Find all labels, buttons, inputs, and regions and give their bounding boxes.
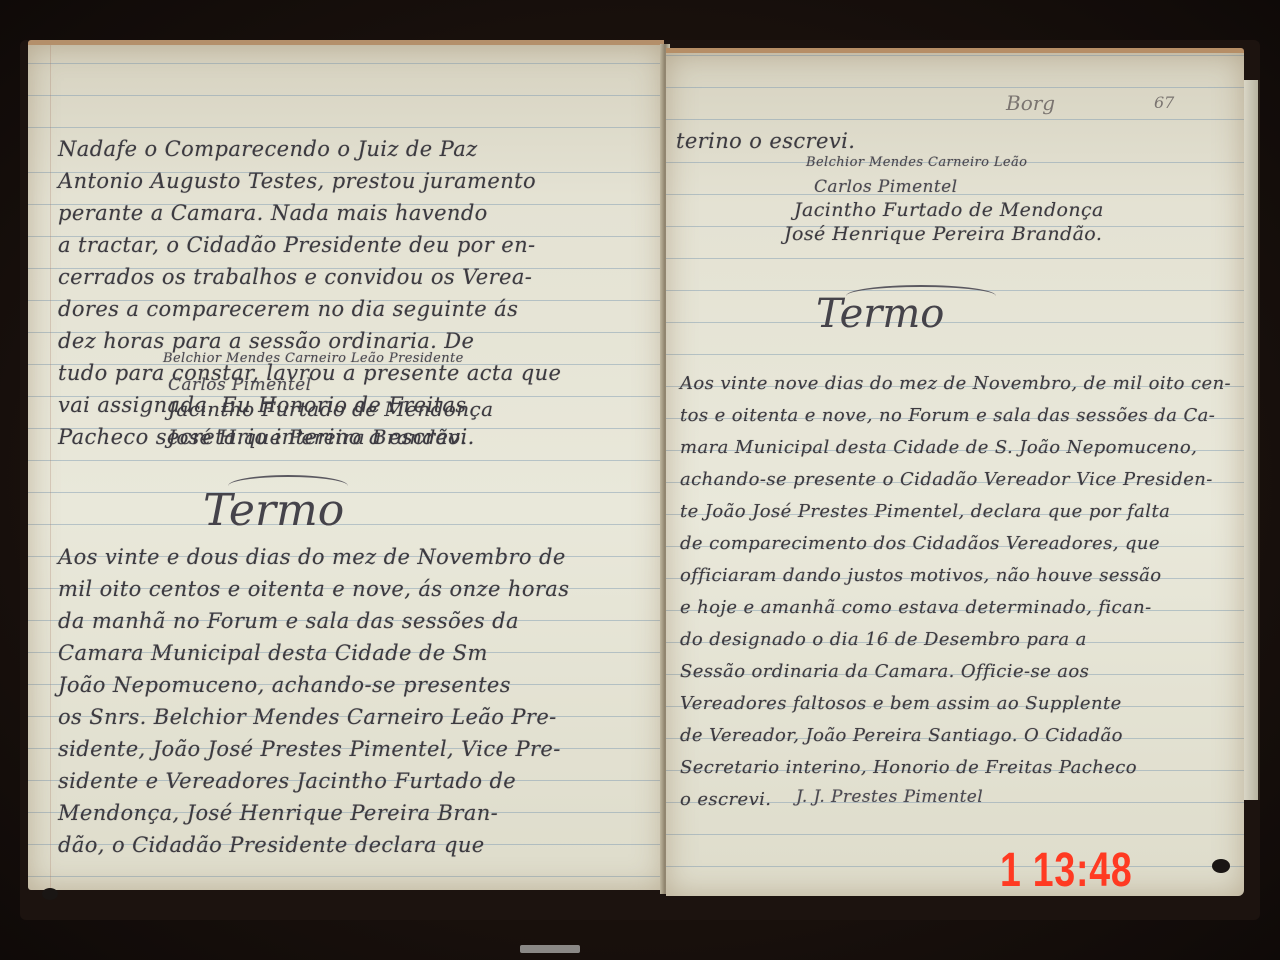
handwritten-line: João Nepomuceno, achando-se presentes: [58, 673, 511, 697]
signature: Jacintho Furtado de Mendonça: [168, 397, 493, 421]
handwritten-line: te João José Prestes Pimentel, declara q…: [680, 501, 1170, 522]
signature: José Henrique Pereira Brandão.: [784, 223, 1102, 245]
signature: Carlos Pimentel: [168, 375, 311, 395]
signature-president: Belchior Mendes Carneiro Leão: [806, 155, 1027, 170]
handwritten-line: Antonio Augusto Testes, prestou jurament…: [58, 169, 536, 193]
handwritten-line: Mendonça, José Henrique Pereira Bran-: [58, 801, 498, 825]
handwritten-line: Camara Municipal desta Cidade de Sm: [58, 641, 488, 665]
signature-president: Belchior Mendes Carneiro Leão Presidente: [163, 351, 464, 366]
handwritten-line: dez horas para a sessão ordinaria. De: [58, 329, 474, 353]
handwritten-line: Nadafe o Comparecendo o Juiz de Paz: [58, 137, 478, 161]
handwritten-line: cerrados os trabalhos e convidou os Vere…: [58, 265, 532, 289]
handwritten-line: tos e oitenta e nove, no Forum e sala da…: [680, 405, 1215, 426]
handwritten-line: e hoje e amanhã como estava determinado,…: [680, 597, 1152, 618]
ink-stain: [42, 888, 58, 900]
handwritten-line: Secretario interino, Honorio de Freitas …: [680, 757, 1137, 778]
page-number: 67: [1154, 93, 1174, 112]
section-title: Termo: [203, 485, 344, 536]
handwritten-line: da manhã no Forum e sala das sessões da: [58, 609, 519, 633]
signature: Jacintho Furtado de Mendonça: [794, 199, 1104, 221]
metal-clasp: [520, 945, 580, 953]
handwritten-line: a tractar, o Cidadão Presidente deu por …: [58, 233, 536, 257]
handwritten-line: mil oito centos e oitenta e nove, ás onz…: [58, 577, 569, 601]
left-page: Nadafe o Comparecendo o Juiz de Paz Anto…: [28, 40, 664, 890]
handwritten-line: achando-se presente o Cidadão Vereador V…: [680, 469, 1213, 490]
folio-note: Borg: [1006, 91, 1055, 115]
handwritten-line: dão, o Cidadão Presidente declara que: [58, 833, 485, 857]
signature: José H.que Pereira Brandão.: [168, 425, 467, 449]
handwritten-line: mara Municipal desta Cidade de S. João N…: [680, 437, 1197, 458]
handwritten-line: sidente e Vereadores Jacintho Furtado de: [58, 769, 516, 793]
signature: Carlos Pimentel: [814, 177, 957, 197]
ink-stain: [1212, 859, 1230, 873]
handwritten-line: Vereadores faltosos e bem assim ao Suppl…: [680, 693, 1122, 714]
handwritten-line: Sessão ordinaria da Camara. Officie-se a…: [680, 661, 1089, 682]
handwritten-line: sidente, João José Prestes Pimentel, Vic…: [58, 737, 561, 761]
handwritten-line: Aos vinte nove dias do mez de Novembro, …: [680, 373, 1231, 394]
left-margin-rule: [50, 45, 51, 890]
handwritten-line: perante a Camara. Nada mais havendo: [58, 201, 488, 225]
handwritten-line: Aos vinte e dous dias do mez de Novembro…: [58, 545, 566, 569]
handwritten-line: terino o escrevi.: [676, 129, 855, 153]
handwritten-line: do designado o dia 16 de Desembro para a: [680, 629, 1087, 650]
handwritten-line: officiaram dando justos motivos, não hou…: [680, 565, 1162, 586]
section-title: Termo: [816, 291, 944, 337]
right-page: Borg 67 terino o escrevi. Belchior Mende…: [666, 48, 1244, 896]
handwritten-line: de Vereador, João Pereira Santiago. O Ci…: [680, 725, 1123, 746]
closing-signature: J. J. Prestes Pimentel: [796, 787, 983, 807]
handwritten-line: dores a comparecerem no dia seguinte ás: [58, 297, 518, 321]
camera-timestamp-overlay: 1 13:48: [1000, 843, 1132, 898]
handwritten-line: o escrevi.: [680, 789, 771, 810]
page-fore-edge: [1244, 80, 1260, 800]
handwritten-line: de comparecimento dos Cidadãos Vereadore…: [680, 533, 1160, 554]
handwritten-line: os Snrs. Belchior Mendes Carneiro Leão P…: [58, 705, 557, 729]
